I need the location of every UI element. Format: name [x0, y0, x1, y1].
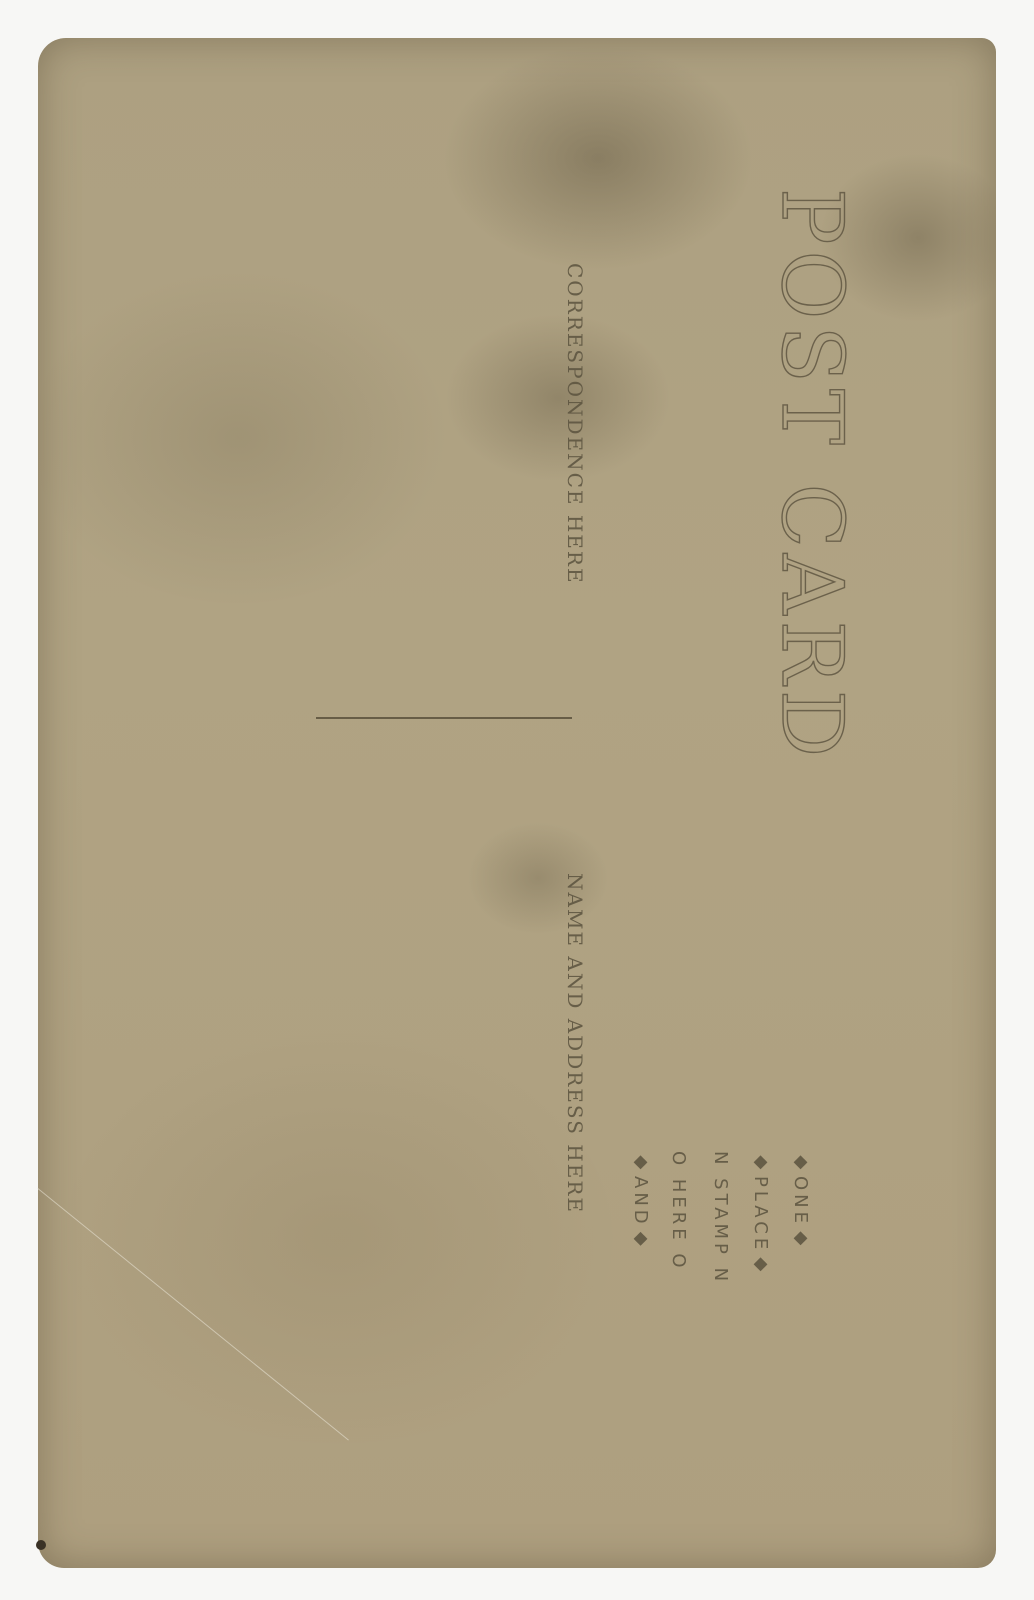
- divider-line: [316, 717, 572, 719]
- postcard-title: POST CARD: [763, 188, 861, 763]
- stamp-box-line: ◆AND◆: [630, 1151, 651, 1253]
- address-label: NAME AND ADDRESS HERE: [563, 873, 587, 1214]
- stamp-box-line: N STAMP N: [710, 1151, 731, 1285]
- corner-hole-mark: [36, 1540, 46, 1550]
- stamp-box-line: ◆ONE◆: [790, 1151, 811, 1252]
- stamp-box-line: O HERE O: [668, 1151, 689, 1272]
- stamp-box-line: ◆PLACE◆: [750, 1151, 771, 1278]
- postcard-back: POST CARD CORRESPONDENCE HERE NAME AND A…: [38, 38, 996, 1568]
- crease-mark: [37, 1188, 348, 1441]
- correspondence-label: CORRESPONDENCE HERE: [563, 263, 587, 585]
